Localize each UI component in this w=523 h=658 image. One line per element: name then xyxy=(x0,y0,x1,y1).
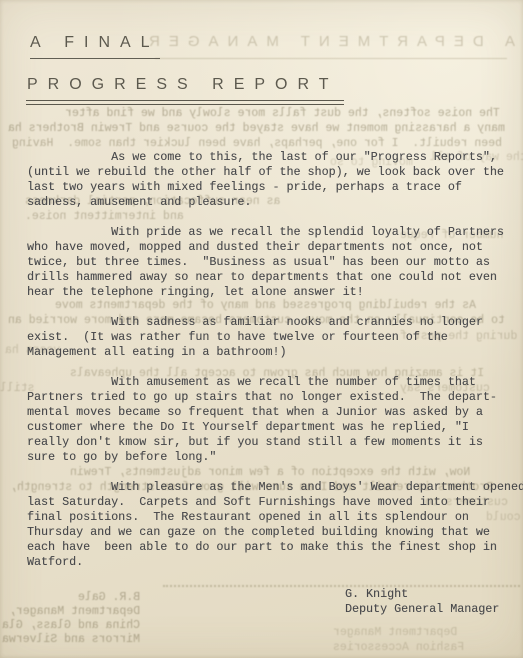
document-page: A DEPARTMENT MANAGERThe noise softens, t… xyxy=(0,0,523,658)
paragraph-pride: With pride as we recall the splendid loy… xyxy=(27,225,523,300)
signature-block: G. Knight Deputy General Manager xyxy=(345,587,523,617)
document-content: A FINAL PROGRESS REPORT As we come to th… xyxy=(0,0,523,617)
bleedthrough-text: Department Manager xyxy=(333,626,457,640)
title-block: A FINAL PROGRESS REPORT xyxy=(27,33,523,105)
signature-name: G. Knight xyxy=(345,587,523,602)
paragraph-intro: As we come to this, the last of our "Pro… xyxy=(27,150,523,210)
bleedthrough-text: Fashion Accessories xyxy=(333,641,464,655)
bleedthrough-text: Mirrors and Silverwa xyxy=(2,633,140,647)
document-title-line-2: PROGRESS REPORT xyxy=(27,74,523,96)
document-title-line-1: A FINAL xyxy=(30,33,160,59)
bleedthrough-text: China and Glass, Gla xyxy=(2,619,140,633)
paragraph-amusement: With amusement as we recall the number o… xyxy=(27,375,523,465)
paragraph-sadness: With sadness as familiar nooks and crann… xyxy=(27,315,523,360)
paragraph-pleasure: With pleasure as the Men's and Boys' Wea… xyxy=(27,480,523,570)
signature-role: Deputy General Manager xyxy=(345,602,523,617)
title-double-underline xyxy=(26,100,344,105)
